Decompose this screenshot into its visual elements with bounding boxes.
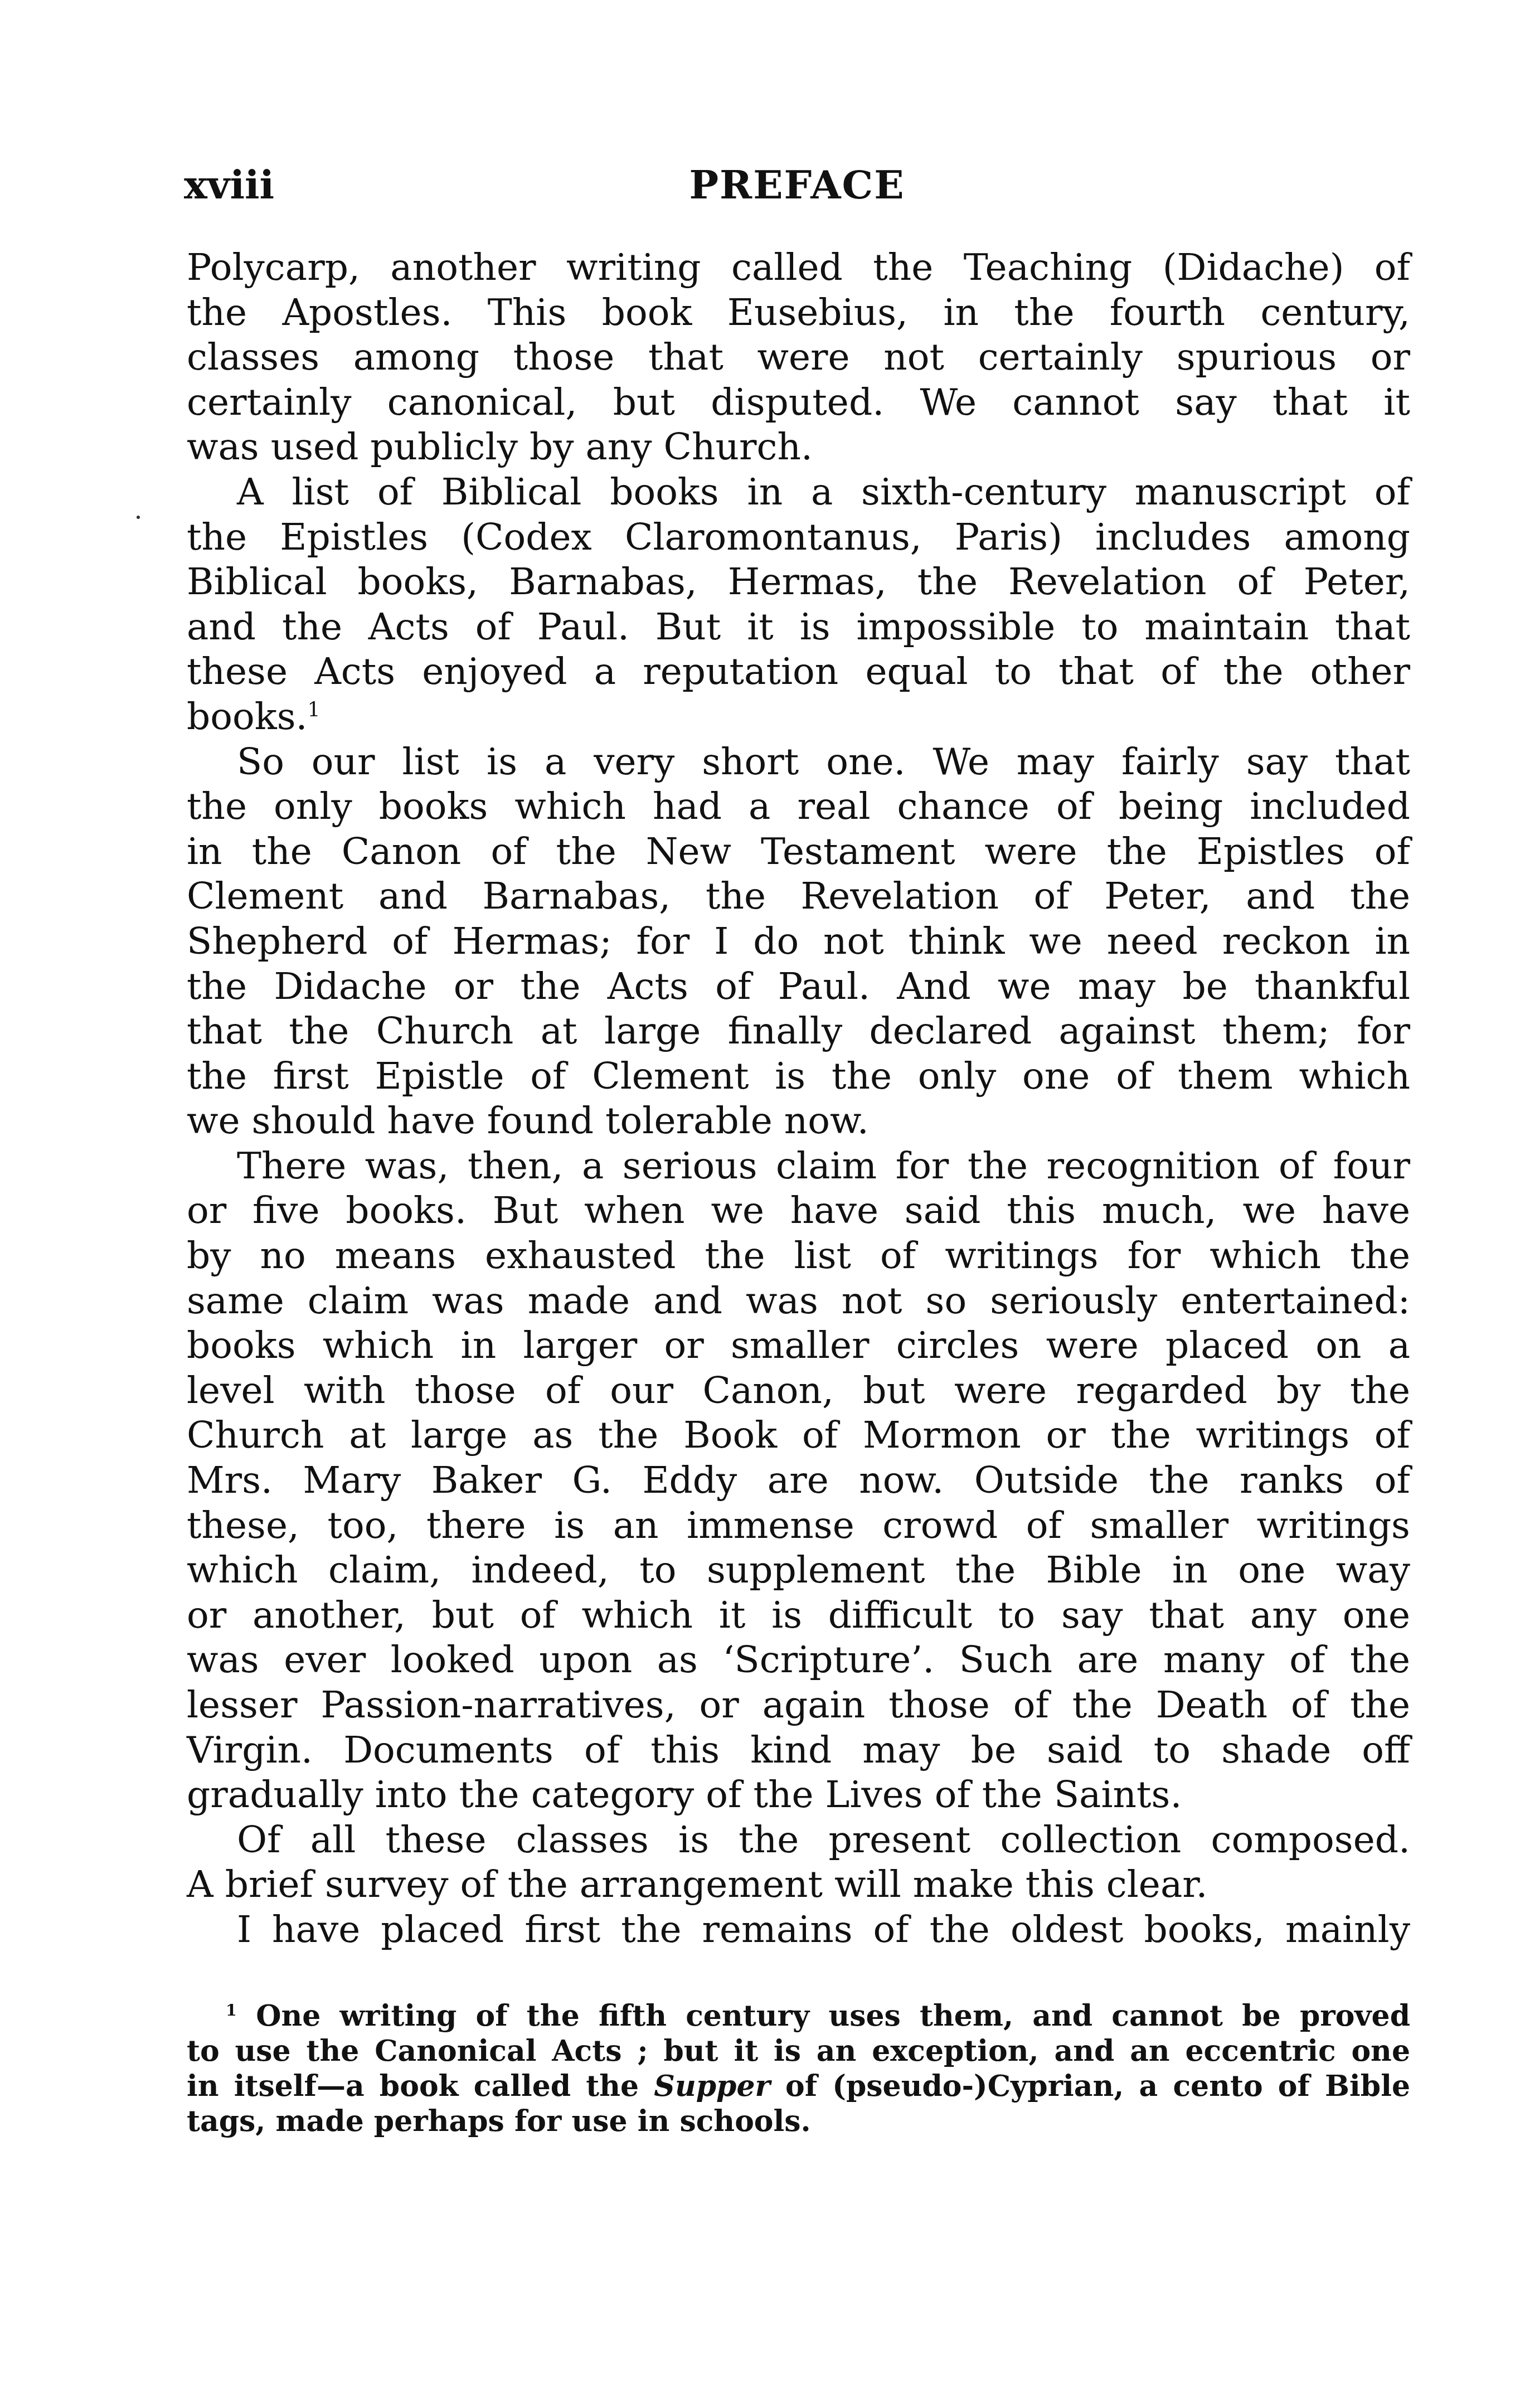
text-fragment: books. (187, 695, 308, 738)
body-text: Polycarp, another writing called the Tea… (187, 245, 1410, 1953)
text-line: which claim, indeed, to supplement the B… (187, 1548, 1410, 1593)
text-line: Of all these classes is the present coll… (187, 1818, 1410, 1863)
margin-speck (137, 516, 140, 519)
text-line: or another, but of which it is difficult… (187, 1593, 1410, 1638)
text-line: classes among those that were not certai… (187, 335, 1410, 380)
text-line: the Apostles. This book Eusebius, in the… (187, 290, 1410, 336)
running-title: PREFACE (184, 162, 1410, 208)
text-line: Clement and Barnabas, the Revelation of … (187, 874, 1410, 919)
text-line: Mrs. Mary Baker G. Eddy are now. Outside… (187, 1458, 1410, 1503)
footnote-line: to use the Canonical Acts ; but it is an… (187, 2033, 1410, 2069)
text-line: There was, then, a serious claim for the… (187, 1144, 1410, 1189)
text-line: level with those of our Canon, but were … (187, 1368, 1410, 1414)
text-line: the first Epistle of Clement is the only… (187, 1054, 1410, 1099)
text-line: Virgin. Documents of this kind may be sa… (187, 1728, 1410, 1773)
text-line: these, too, there is an immense crowd of… (187, 1503, 1410, 1548)
footnote-line: in itself—a book called the Supper of (p… (187, 2069, 1410, 2104)
page-header: xviii PREFACE (184, 162, 1410, 217)
book-page: xviii PREFACE Polycarp, another writing … (0, 0, 1525, 2408)
text-line: gradually into the category of the Lives… (187, 1773, 1410, 1818)
footnote-text: One writing of the fifth century uses th… (256, 1999, 1410, 2033)
text-line: and the Acts of Paul. But it is impossib… (187, 605, 1410, 650)
text-line: Polycarp, another writing called the Tea… (187, 245, 1410, 290)
footnote-line: tags, made perhaps for use in schools. (187, 2104, 1410, 2139)
text-line: in the Canon of the New Testament were t… (187, 829, 1410, 875)
footnote-line: 1 One writing of the fifth century uses … (187, 1998, 1410, 2033)
text-line-with-footnote: books.1 (187, 695, 1410, 740)
text-line: we should have found tolerable now. (187, 1099, 1410, 1144)
text-line: So our list is a very short one. We may … (187, 740, 1410, 785)
text-line: the Didache or the Acts of Paul. And we … (187, 964, 1410, 1009)
text-line: was used publicly by any Church. (187, 425, 1410, 470)
text-line: lesser Passion-narratives, or again thos… (187, 1683, 1410, 1728)
text-line: was ever looked upon as ‘Scripture’. Suc… (187, 1638, 1410, 1683)
footnote-text: in itself—a book called the (187, 2069, 654, 2103)
text-line: Biblical books, Barnabas, Hermas, the Re… (187, 560, 1410, 605)
footnote: 1 One writing of the fifth century uses … (187, 1998, 1410, 2139)
text-line: the only books which had a real chance o… (187, 784, 1410, 829)
text-line: Church at large as the Book of Mormon or… (187, 1413, 1410, 1458)
text-line: by no means exhausted the list of writin… (187, 1234, 1410, 1279)
text-line: or five books. But when we have said thi… (187, 1188, 1410, 1234)
text-line: Shepherd of Hermas; for I do not think w… (187, 919, 1410, 964)
text-line: books which in larger or smaller circles… (187, 1323, 1410, 1368)
text-line: A brief survey of the arrangement will m… (187, 1862, 1410, 1907)
book-title: Supper (654, 2069, 770, 2103)
text-line: A list of Biblical books in a sixth-cent… (187, 470, 1410, 515)
text-line: these Acts enjoyed a reputation equal to… (187, 649, 1410, 695)
footnote-marker: 1 (226, 2001, 237, 2019)
text-line: same claim was made and was not so serio… (187, 1279, 1410, 1324)
text-line: I have placed first the remains of the o… (187, 1907, 1410, 1953)
footnote-text: of (pseudo-)Cyprian, a cento of Bible (770, 2069, 1410, 2103)
footnote-reference[interactable]: 1 (308, 697, 320, 721)
text-line: the Epistles (Codex Claromontanus, Paris… (187, 515, 1410, 560)
text-line: certainly canonical, but disputed. We ca… (187, 380, 1410, 425)
text-line: that the Church at large finally declare… (187, 1009, 1410, 1054)
